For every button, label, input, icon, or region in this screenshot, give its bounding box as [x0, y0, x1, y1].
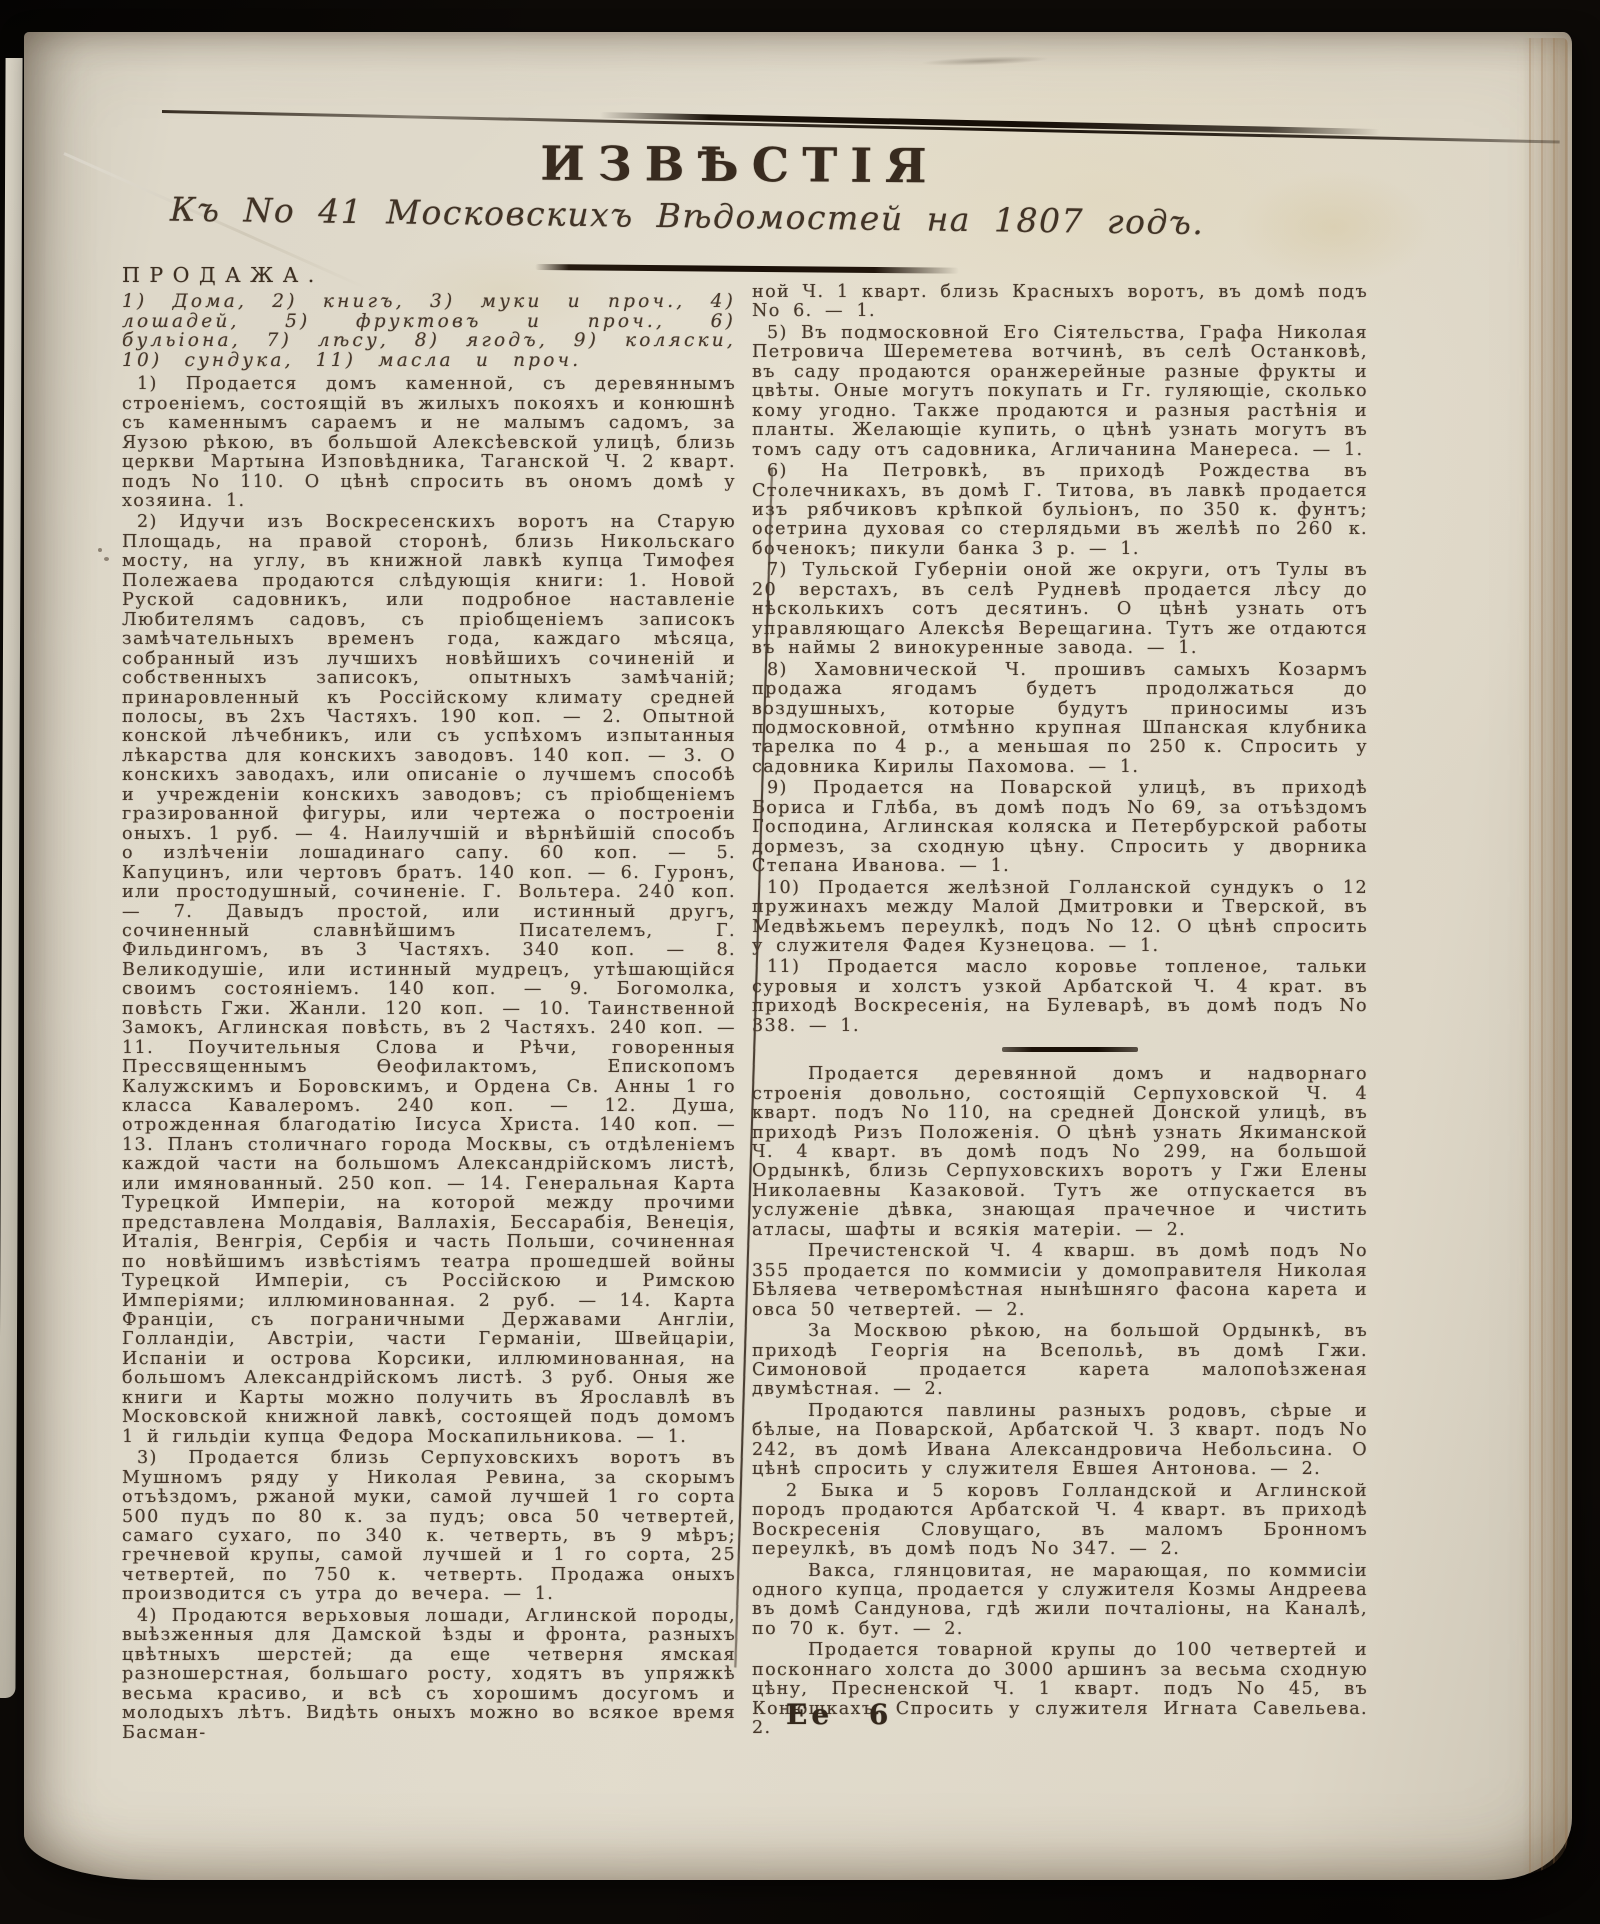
ad-paragraph: 3) Продается близь Серпуховскихъ воротъ …: [122, 1449, 736, 1605]
masthead: ИЗВѢСТІЯ: [420, 136, 1060, 195]
ink-speck: [98, 548, 102, 552]
sale-index: 1) Дома, 2) книгъ, 3) муки и проч., 4) л…: [122, 292, 736, 370]
unnumbered-ads-section: Продается деревянной домъ и надворнаго с…: [752, 1065, 1368, 1738]
ad-paragraph: 7) Тульской Губерніи оной же округи, отъ…: [752, 561, 1368, 658]
ad-paragraph: 5) Въ подмосковной Его Сіятельства, Граф…: [752, 324, 1368, 460]
ad-paragraph: 1) Продается домъ каменной, съ деревянны…: [122, 375, 736, 511]
page-stack-edge: [1522, 38, 1568, 1874]
ad-paragraph: 4) Продаются верьховыя лошади, Аглинской…: [122, 1607, 736, 1743]
signature-mark: Ее 6: [786, 1698, 892, 1731]
ad-paragraph: Вакса, глянцовитая, не марающая, по комм…: [752, 1562, 1368, 1640]
ad-paragraph: 11) Продается масло коровье топленое, та…: [752, 958, 1368, 1036]
ad-paragraph: Пречистенской Ч. 4 кварш. въ домѣ подъ N…: [752, 1242, 1368, 1320]
left-column: ПРОДАЖА. 1) Дома, 2) книгъ, 3) муки и пр…: [122, 266, 736, 1745]
right-column: ной Ч. 1 кварт. близь Красныхъ воротъ, в…: [752, 283, 1368, 1741]
ad-paragraph: Продаются павлины разныхъ родовъ, сѣрые …: [752, 1402, 1368, 1480]
ad-paragraph-continuation: ной Ч. 1 кварт. близь Красныхъ воротъ, в…: [752, 283, 1368, 322]
ad-paragraph: 6) На Петровкѣ, въ приходѣ Рождества въ …: [752, 462, 1368, 559]
paper-stain: [1204, 152, 1464, 302]
ad-paragraph: Продается деревянной домъ и надворнаго с…: [752, 1065, 1368, 1240]
ad-paragraph: 9) Продается на Поварской улицѣ, въ прих…: [752, 779, 1368, 876]
ad-paragraph: За Москвою рѣкою, на большой Ордынкѣ, въ…: [752, 1322, 1368, 1400]
page-title: ИЗВѢСТІЯ: [420, 136, 1060, 195]
photographed-book-page: { "header": { "title": "ИЗВѢСТІЯ", "subt…: [0, 0, 1600, 1924]
ad-paragraph: 2 Быка и 5 коровъ Голландской и Аглинско…: [752, 1482, 1368, 1560]
ad-paragraph: 2) Идучи изъ Воскресенскихъ воротъ на Ст…: [122, 513, 736, 1447]
section-separator-rule: [1002, 1047, 1138, 1052]
ad-paragraph: 10) Продается желѣзной Голланской сундук…: [752, 879, 1368, 957]
section-heading: ПРОДАЖА.: [122, 266, 736, 285]
ad-paragraph: 8) Хамовнической Ч. прошивъ самыхъ Козар…: [752, 661, 1368, 778]
underlying-page-edge: [0, 58, 23, 1698]
ink-speck: [104, 557, 109, 561]
